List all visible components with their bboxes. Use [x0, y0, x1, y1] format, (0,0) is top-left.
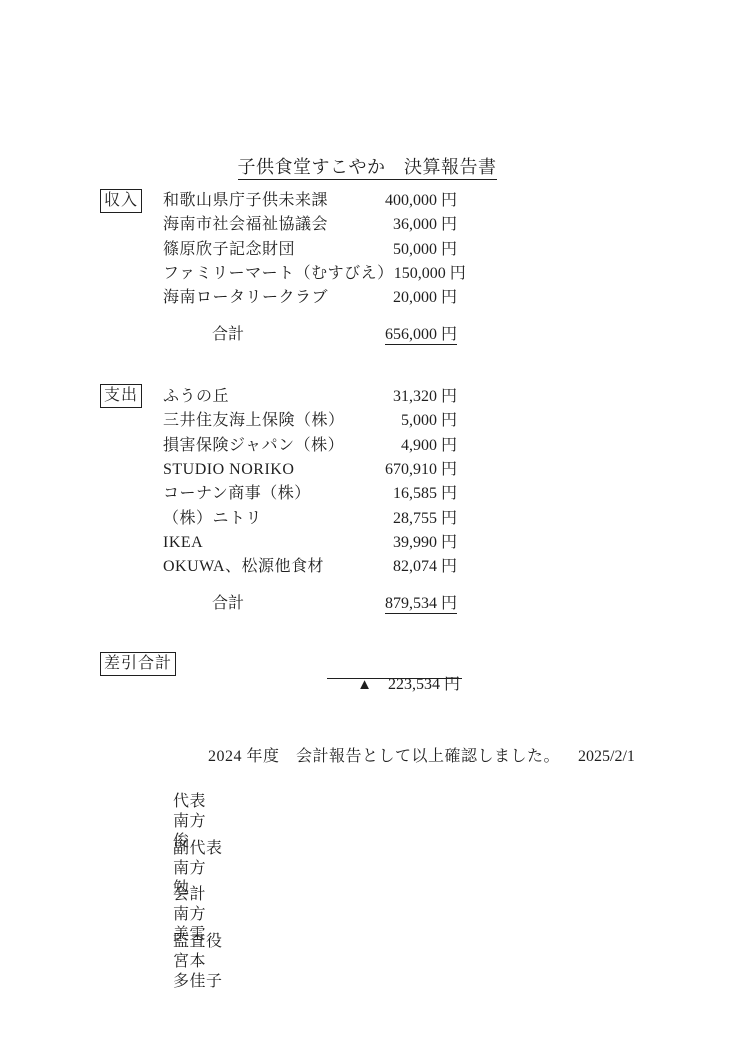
- expense-item-name: ふうの丘: [163, 387, 229, 407]
- signature-row: 代表 南方 俊: [155, 772, 225, 792]
- income-item-name: 和歌山県庁子供未来課: [163, 191, 328, 211]
- expense-item-name: IKEA: [163, 533, 203, 553]
- income-item-name: 篠原欣子記念財団: [163, 240, 295, 260]
- signature-role: 副代表: [173, 839, 225, 859]
- signature-role: 会計: [173, 885, 225, 905]
- income-row: 海南ロータリークラブ 20,000 円: [163, 288, 457, 308]
- expense-item-name: コーナン商事（株）: [163, 484, 311, 504]
- expense-item-amount: 82,074 円: [393, 557, 457, 577]
- expense-row: ふうの丘 31,320 円: [163, 387, 457, 407]
- confirmation-line: 2024 年度 会計報告として以上確認しました。2025/2/1: [190, 727, 635, 747]
- expense-section-label: 支出: [100, 384, 142, 408]
- signature-role: 代表: [173, 792, 225, 812]
- expense-total-amount: 879,534 円: [385, 594, 457, 614]
- expense-row: コーナン商事（株） 16,585 円: [163, 484, 457, 504]
- income-item-amount: 400,000 円: [385, 191, 457, 211]
- income-item-amount: 50,000 円: [393, 240, 457, 260]
- income-row: ファミリーマート（むすびえ） 150,000 円: [163, 264, 457, 284]
- expense-row: （株）ニトリ 28,755 円: [163, 509, 457, 529]
- expense-total-label: 合計: [212, 594, 244, 614]
- income-item-name: ファミリーマート（むすびえ）: [163, 264, 394, 284]
- expense-item-amount: 16,585 円: [393, 484, 457, 504]
- expense-item-amount: 31,320 円: [393, 387, 457, 407]
- expense-item-name: 損害保険ジャパン（株）: [163, 436, 344, 456]
- signature-role: 監査役: [173, 932, 225, 952]
- income-total-label: 合計: [212, 325, 244, 345]
- signature-surname: 宮本: [173, 952, 213, 972]
- expense-item-amount: 4,900 円: [401, 436, 457, 456]
- expense-item-amount: 28,755 円: [393, 509, 457, 529]
- signature-row: 監査役 宮本 多佳子: [155, 912, 225, 932]
- income-section-label: 収入: [100, 189, 142, 213]
- balance-amount-value: 223,534 円: [388, 676, 460, 693]
- income-item-name: 海南市社会福祉協議会: [163, 215, 328, 235]
- expense-item-name: OKUWA、松源他食材: [163, 557, 324, 577]
- signature-row: 会計 南方 美雪: [155, 865, 225, 885]
- negative-triangle-icon: ▲: [357, 677, 372, 693]
- income-total-amount: 656,000 円: [385, 325, 457, 345]
- income-total-row: 合計 656,000 円: [212, 325, 457, 345]
- expense-total-row: 合計 879,534 円: [212, 594, 457, 614]
- expense-row: 損害保険ジャパン（株） 4,900 円: [163, 436, 457, 456]
- confirmation-text: 2024 年度 会計報告として以上確認しました。: [208, 748, 560, 765]
- income-row: 篠原欣子記念財団 50,000 円: [163, 240, 457, 260]
- expense-item-name: STUDIO NORIKO: [163, 460, 294, 480]
- income-label-text: 収入: [104, 192, 138, 209]
- income-row: 和歌山県庁子供未来課 400,000 円: [163, 191, 457, 211]
- balance-section-label: 差引合計: [100, 652, 176, 676]
- confirmation-date: 2025/2/1: [578, 748, 635, 765]
- signature-given-name: 多佳子: [173, 973, 223, 990]
- income-item-amount: 150,000 円: [394, 264, 466, 284]
- expense-row: IKEA 39,990 円: [163, 533, 457, 553]
- expense-label-text: 支出: [104, 387, 138, 404]
- expense-item-name: 三井住友海上保険（株）: [163, 411, 345, 431]
- expense-item-amount: 670,910 円: [385, 460, 457, 480]
- income-item-name: 海南ロータリークラブ: [163, 288, 328, 308]
- balance-label-text: 差引合計: [104, 655, 172, 672]
- income-row: 海南市社会福祉協議会 36,000 円: [163, 215, 457, 235]
- expense-item-name: （株）ニトリ: [163, 509, 262, 529]
- report-page: 子供食堂すこやか 決算報告書 収入 和歌山県庁子供未来課 400,000 円 海…: [0, 0, 736, 1041]
- income-item-amount: 36,000 円: [393, 215, 457, 235]
- balance-amount: ▲223,534 円: [327, 655, 462, 679]
- expense-row: 三井住友海上保険（株） 5,000 円: [163, 411, 457, 431]
- expense-row: STUDIO NORIKO 670,910 円: [163, 460, 457, 480]
- expense-item-amount: 5,000 円: [401, 411, 457, 431]
- page-title-text: 子供食堂すこやか 決算報告書: [238, 157, 497, 180]
- signature-row: 副代表 南方 勉: [155, 819, 225, 839]
- expense-item-amount: 39,990 円: [393, 533, 457, 553]
- expense-row: OKUWA、松源他食材 82,074 円: [163, 557, 457, 577]
- income-item-amount: 20,000 円: [393, 288, 457, 308]
